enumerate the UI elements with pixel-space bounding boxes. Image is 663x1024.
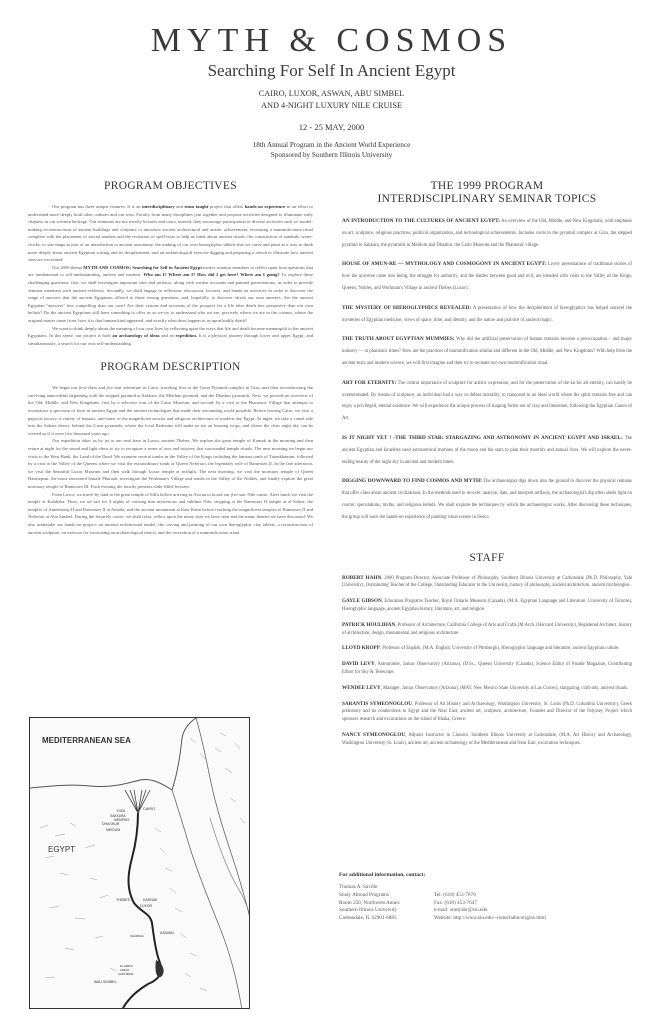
map-label-place: MEIDUM [106, 828, 120, 832]
address-line: Southern Illinois University [339, 907, 434, 915]
text-run: project that offers [208, 204, 244, 209]
contact-heading: For additional information, contact: [339, 872, 639, 878]
topic-title: THE MYSTERY OF HIEROGLYPHICS REVEALED: [342, 305, 471, 311]
text-run: and [97, 385, 107, 390]
staff-member: LLOYD KROPP, Professor of English, (M.A.… [342, 645, 632, 653]
emphasis: interdisciplinary [142, 204, 175, 209]
staff-name: DAVID LEVY [342, 661, 375, 667]
document-subtitle: Searching For Self In Ancient Egypt [0, 60, 663, 82]
map-label-country: EGYPT [48, 845, 75, 854]
text-run: adventure in Cairo, traveling first to t… [28, 385, 313, 436]
seminar-topic: THE MYSTERY OF HIEROGLYPHICS REVEALED: A… [342, 301, 632, 325]
staff-member: ROBERT HAHN, 2000 Program Director, Asso… [342, 575, 632, 591]
topic-title: HOUSE OF AMUN-RE — MYTHOLOGY AND COSMOGO… [342, 261, 546, 267]
emphasis: first-class [79, 385, 97, 390]
section-title-description: PROGRAM DESCRIPTION [28, 361, 313, 374]
emphasis: five-star [231, 492, 246, 497]
section-title-objectives: PROGRAM OBJECTIVES [28, 180, 313, 193]
map-label-place: DHASHUR [102, 822, 119, 826]
map-label-place: CAIRO [143, 807, 155, 811]
staff-name: NANCY SYMEONOGLOU [342, 732, 405, 738]
contact-person: Thomas A. Saville [339, 884, 434, 892]
masthead: MYTH & COSMOS Searching For Self In Anci… [0, 22, 663, 160]
destinations-line-1: CAIRO, LUXOR, ASWAN, ABU SIMBEL [0, 88, 663, 100]
topic-title: IS IT NIGHT YET ! -THE THIRD STAR: STARG… [342, 435, 623, 441]
staff-member: WENDEE LEVY, Manager, Jarnac Observatory… [342, 685, 632, 693]
map-label-sea: MEDITERRANEAN SEA [42, 736, 131, 745]
emphasis: team taught [184, 204, 208, 209]
map-label-place: EL-SEBOU [120, 965, 133, 968]
seminar-topic: IS IT NIGHT YET ! -THE THIRD STAR: STARG… [342, 431, 632, 466]
map-label-place: LUXOR [140, 904, 152, 908]
section-title-seminars: THE 1999 PROGRAM INTERDISCIPLINARY SEMIN… [342, 180, 632, 206]
description-paragraph-2: Our expedition takes us by jet to our ne… [28, 437, 313, 490]
objectives-paragraph-2: Our 2000 theme MYTH AND COSMOS: Searchin… [28, 264, 313, 325]
description-paragraph-1: We begin our first-class and five-star a… [28, 384, 313, 437]
staff-member: DAVID LEVY, Astronomer, Jarnac Observato… [342, 661, 632, 677]
map-label-place: AMADA [120, 969, 129, 972]
seminar-topic: DIGGING DOWNWARD TO FIND COSMOS AND MYTH… [342, 474, 632, 521]
staff-description: , Manager, Jarnac Observatory (Arizona),… [381, 686, 628, 691]
contact-channels: Tel: (618) 453-7670 Fax: (618) 453-7647 … [434, 884, 546, 923]
map-label-place: KALABSHA [130, 935, 144, 938]
text-run: Nile cruise. After lunch we visit the te… [28, 492, 313, 535]
staff-name: WENDEE LEVY [342, 685, 381, 691]
left-column: PROGRAM OBJECTIVES Our program has three… [28, 180, 313, 536]
staff-description: , Astronomer, Jarnac Observatory (Arizon… [342, 662, 632, 675]
map-drawing [30, 718, 250, 1009]
objectives-paragraph-3: We want to think deeply about the meanin… [28, 325, 313, 348]
address-line: Room 220, Northwest Annex [339, 900, 434, 908]
title-line-1: THE 1999 PROGRAM [431, 180, 544, 192]
mailing-address: Thomas A. Saville Study Abroad Programs … [339, 884, 434, 923]
phone-number: Tel: (618) 453-7670 [434, 892, 546, 900]
emphasis: an archaeology of ideas [112, 333, 159, 338]
staff-name: PATRICK HOULIHAN [342, 622, 395, 628]
map-label-place: ASWAN [160, 931, 174, 935]
right-column: THE 1999 PROGRAM INTERDISCIPLINARY SEMIN… [342, 180, 632, 755]
seminar-topic: THE TRUTH ABOUT EGYPTIAN MUMMIES: Why di… [342, 332, 632, 367]
website-link[interactable]: Website: http://www.siu.edu/~rome/hahn/o… [434, 915, 546, 923]
sponsor-info: 18th Annual Program in the Ancient World… [0, 140, 663, 160]
staff-description: , Professor of English, (M.A. English, U… [380, 646, 620, 651]
staff-name: LLOYD KROPP [342, 645, 380, 651]
staff-member: PATRICK HOULIHAN, Professor of Architect… [342, 622, 632, 638]
program-dates: 12 - 25 MAY, 2000 [0, 122, 663, 132]
staff-member: SARANTIS SYMEONOGLOU, Professor of Art H… [342, 701, 632, 724]
text-run: To explore these challenging questions, … [28, 272, 313, 323]
topic-description: The central importance of sculpture for … [342, 381, 632, 421]
text-run: and [175, 204, 185, 209]
title-line-2: INTERDISCIPLINARY SEMINAR TOPICS [378, 193, 597, 205]
sponsor-line-2: Sponsored by Southern Illinois Universit… [0, 150, 663, 160]
email-address[interactable]: e-mail: studyabr@siu.edu [434, 907, 546, 915]
text-run: in an effort to understand more deeply b… [28, 204, 313, 262]
emphasis: expedition. [175, 333, 197, 338]
topic-description: The archaeologist digs down into the gro… [342, 479, 632, 519]
sponsor-line-1: 18th Annual Program in the Ancient World… [0, 140, 663, 150]
objectives-paragraph-1: Our program has three unique features. I… [28, 203, 313, 264]
staff-member: GAYLE GIBSON, Education Programs Teacher… [342, 598, 632, 614]
egypt-map: MEDITERRANEAN SEA EGYPT CAIRO GIZA SAKKA… [29, 717, 250, 1009]
staff-name: SARANTIS SYMEONOGLOU [342, 701, 412, 707]
text-run: and an [160, 333, 176, 338]
map-label-place: THEBES [116, 898, 130, 902]
contact-grid: Thomas A. Saville Study Abroad Programs … [339, 884, 639, 923]
text-run: We begin our [52, 385, 79, 390]
address-line: Study Abroad Programs [339, 892, 434, 900]
map-label-place: GIZA [117, 809, 125, 813]
topic-title: THE TRUTH ABOUT EGYPTIAN MUMMIES: [342, 336, 455, 342]
section-title-staff: STAFF [342, 552, 632, 565]
destinations-line-2: AND 4-NIGHT LUXURY NILE CRUISE [0, 100, 663, 112]
destinations: CAIRO, LUXOR, ASWAN, ABU SIMBEL AND 4-NI… [0, 88, 663, 112]
map-label-place: KARNAK [143, 898, 157, 902]
emphasis: five-star [107, 385, 122, 390]
staff-description: , Education Programs Teacher, Royal Onta… [342, 599, 632, 612]
text-run: Our program has three unique features. I… [52, 204, 142, 209]
map-label-place: ABU SIMBEL [94, 980, 117, 984]
contact-block: For additional information, contact: Tho… [339, 872, 639, 923]
staff-description: , 2000 Program Director, Associate Profe… [342, 576, 632, 589]
topic-title: DIGGING DOWNWARD TO FIND COSMOS AND MYTH… [342, 478, 482, 484]
emphasis: Who am I? Where am I? How did I get here… [143, 272, 279, 277]
topic-title: AN INTRODUCTION TO THE CULTURES OF ANCIE… [342, 218, 500, 224]
staff-member: NANCY SYMEONOGLOU, Adjunct Instructor in… [342, 732, 632, 748]
emphasis: hands-on experience [245, 204, 286, 209]
staff-name: ROBERT HAHN [342, 575, 381, 581]
seminar-topic: ART FOR ETERNITY: The central importance… [342, 376, 632, 423]
map-label-place: KASR IBRIM [118, 973, 133, 976]
text-run: From Luxor, we travel by land to the gre… [52, 492, 231, 497]
seminar-topic: AN INTRODUCTION TO THE CULTURES OF ANCIE… [342, 214, 632, 249]
document-title: MYTH & COSMOS [0, 22, 663, 60]
staff-name: GAYLE GIBSON [342, 598, 382, 604]
text-run: Our 2000 theme [52, 265, 83, 270]
address-line: Carbondale, IL 62901-6885 [339, 915, 434, 923]
fax-number: Fax: (618) 453-7647 [434, 900, 546, 908]
topic-title: ART FOR ETERNITY: [342, 380, 396, 386]
seminar-topic: HOUSE OF AMUN-RE — MYTHOLOGY AND COSMOGO… [342, 257, 632, 292]
emphasis: MYTH AND COSMOS: Searching for Self in A… [83, 265, 202, 270]
description-paragraph-3: From Luxor, we travel by land to the gre… [28, 491, 313, 537]
